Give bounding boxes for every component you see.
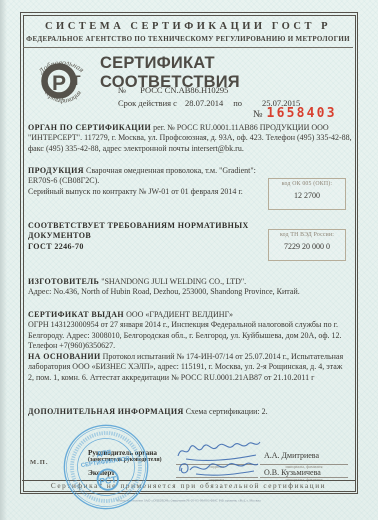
issued-to-name: ООО «ГРАДИЕНТ ВЕЛДИНГ» (126, 310, 233, 319)
expert-name: О.В. Кузьмичева (264, 468, 321, 477)
certificate-number-row: №РОСС CN.АВ86.Н10295 (118, 85, 228, 95)
manufacturer-address: Адрес: No.436, North of Hubin Road, Dezh… (28, 287, 334, 297)
tnved-code-box: код ТН ВЭД России: 7229 20 000 0 (268, 229, 346, 261)
okp-code-label: код ОК 005 (ОКП): (272, 181, 342, 187)
blank-number-red: 1658403 (267, 106, 337, 121)
basis-section: НА ОСНОВАНИИ Протокол испытаний № 174-ИН… (28, 352, 346, 383)
number-sign: № (118, 85, 126, 95)
manufacturer-section: ИЗГОТОВИТЕЛЬ "SHANDONG JULI WELDING CO.,… (28, 277, 334, 298)
basis-label: НА ОСНОВАНИИ (28, 352, 101, 361)
conformity-label: СООТВЕТСТВУЕТ ТРЕБОВАНИЯМ НОРМАТИВНЫХ ДО… (28, 221, 249, 240)
okp-code-box: код ОК 005 (ОКП): 12 2700 (268, 178, 346, 210)
stamp-microtext-ring (68, 429, 145, 506)
production-section: ПРОДУКЦИЯ Сварочная омедненная проволока… (28, 166, 273, 197)
blue-round-stamp: ДЛЯ СЕРТИФИКАТОВ РСТ (55, 416, 157, 518)
certification-body-label: ОРГАН ПО СЕРТИФИКАЦИИ (28, 123, 151, 132)
production-serial-note: Серийный выпуск по контракту № JW-01 от … (28, 187, 273, 197)
manufacturer-label: ИЗГОТОВИТЕЛЬ (28, 277, 99, 286)
head-name: А.А. Дмитриева (264, 451, 319, 460)
validity-to-word: по (233, 98, 242, 108)
issued-to-section: СЕРТИФИКАТ ВЫДАН ООО «ГРАДИЕНТ ВЕЛДИНГ» … (28, 310, 344, 352)
additional-info-label: ДОПОЛНИТЕЛЬНАЯ ИНФОРМАЦИЯ (28, 407, 184, 416)
expert-signature (176, 459, 262, 481)
issued-to-label: СЕРТИФИКАТ ВЫДАН (28, 310, 124, 319)
seal-place-mark: М.П. (30, 459, 48, 466)
rst-voluntary-certification-logo: Добровольная Р Т сертификация (30, 50, 94, 110)
logo-letter-p: Р (52, 72, 66, 95)
tnved-code-label: код ТН ВЭД России: (272, 232, 342, 238)
additional-info-text: Схема сертификации: 2. (186, 407, 268, 416)
tnved-code-value: 7229 20 000 0 (272, 242, 342, 251)
conformity-section: СООТВЕТСТВУЕТ ТРЕБОВАНИЯМ НОРМАТИВНЫХ ДО… (28, 221, 266, 252)
blank-number-sign: № (253, 109, 263, 120)
logo-letter-t: Т (72, 72, 81, 88)
scanned-certificate: { "header": { "system_title": "СИСТЕМА С… (0, 0, 378, 520)
agency-title: ФЕДЕРАЛЬНОЕ АГЕНТСТВО ПО ТЕХНИЧЕСКОМУ РЕ… (24, 35, 352, 43)
issued-to-details: ОГРН 143123000954 от 27 января 2014 г., … (28, 320, 344, 351)
manufacturer-name: "SHANDONG JULI WELDING CO., LTD". (101, 277, 246, 286)
okp-code-value: 12 2700 (272, 191, 342, 200)
valid-from-date: 28.07.2014 (185, 98, 223, 108)
conformity-standard: ГОСТ 2246-70 (28, 242, 266, 252)
stamp-line2: СЕРТИФИКАТОВ (81, 456, 131, 469)
header-divider (23, 47, 353, 48)
production-label: ПРОДУКЦИЯ (28, 166, 84, 175)
blank-number-row: №1658403 (253, 104, 337, 122)
certificate-number: РОСС CN.АВ86.Н10295 (140, 85, 228, 95)
stamp-rst-letters: РСТ (99, 474, 118, 486)
system-title: СИСТЕМА СЕРТИФИКАЦИИ ГОСТ Р (22, 21, 354, 32)
stamp-line1: ДЛЯ (96, 449, 111, 458)
validity-prefix: Срок действия с (118, 98, 177, 108)
certification-body-section: ОРГАН ПО СЕРТИФИКАЦИИ рег. № РОСС RU.000… (28, 123, 352, 154)
